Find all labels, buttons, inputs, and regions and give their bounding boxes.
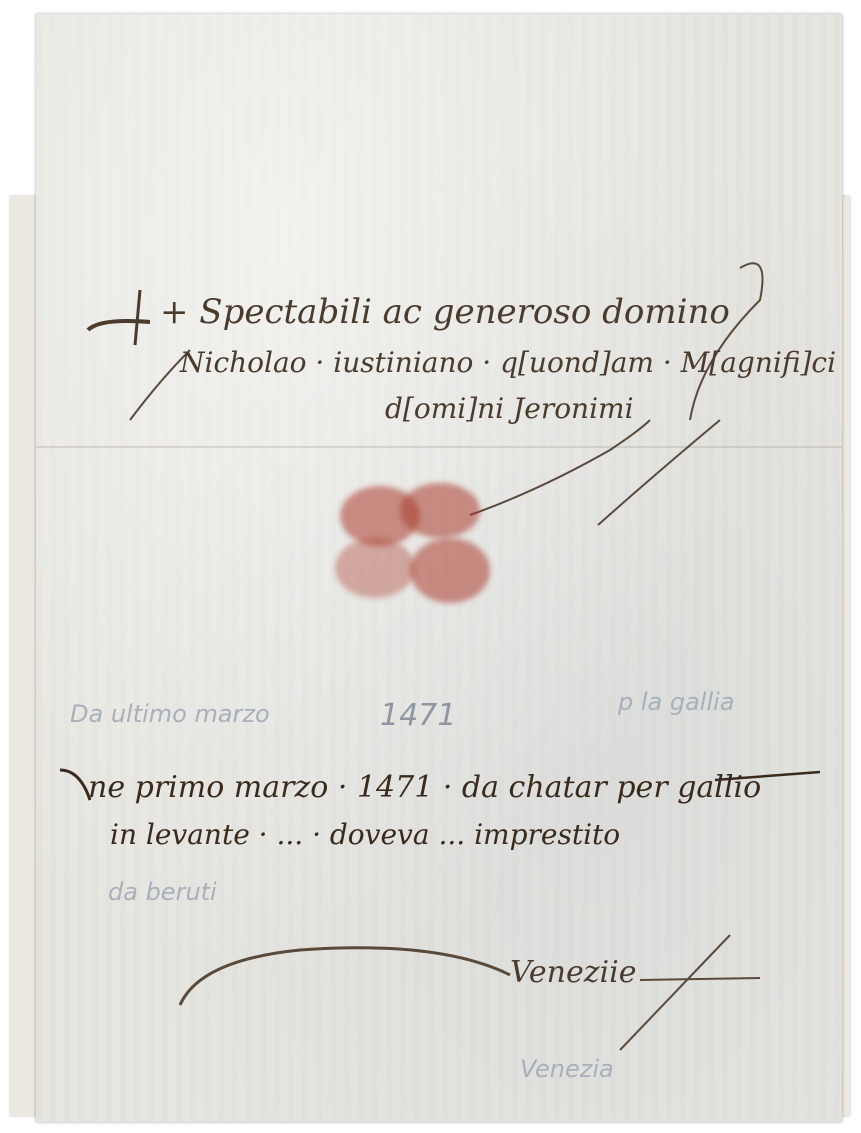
address-line-1: + Spectabili ac generoso domino [160,292,730,332]
wax-seal [330,478,496,610]
endorsement-line-2: in levante · ... · doveva ... imprestito [110,818,620,851]
pencil-note-sender: da beruti [108,878,217,906]
pencil-note-route: p la gallia [618,688,735,716]
pencil-note-destination: Venezia [520,1055,614,1083]
destination: Veneziie [510,955,637,990]
pencil-note-date: Da ultimo marzo [70,700,270,728]
address-line-2: Nicholao · iustiniano · q[uond]am · M[ag… [180,346,836,379]
endorsement-line-1: ne primo marzo · 1471 · da chatar per ga… [88,770,761,805]
pencil-note-year: 1471 [380,698,456,733]
address-line-3: d[omi]ni Jeronimi [385,392,634,425]
